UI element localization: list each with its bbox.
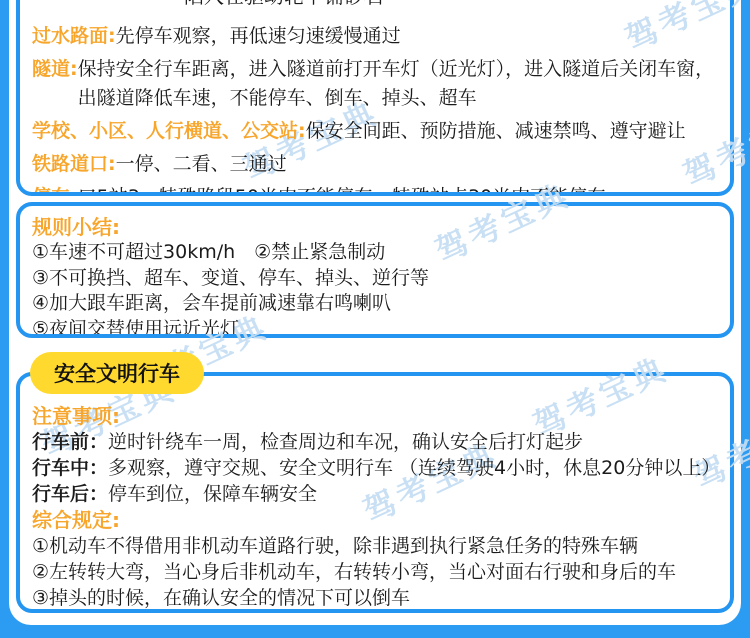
tip-label: 铁路道口: xyxy=(32,150,116,179)
road-conditions-card: 陷入在驱动轮下铺砂石 过水路面: 先停车观察，再低速匀速缓慢通过 隧道: 保持安… xyxy=(16,0,734,196)
tip-label: 过水路面: xyxy=(32,22,116,51)
general-rule-line: ③掉头的时候，在确认安全的情况下可以倒车 xyxy=(32,585,718,611)
tip-row-water: 过水路面: 先停车观察，再低速匀速缓慢通过 xyxy=(32,22,718,51)
note-after-driving: 行车后： 停车到位，保障车辆安全 xyxy=(32,481,718,507)
note-label: 行车后： xyxy=(32,481,108,507)
clipped-top-line: 陷入在驱动轮下铺砂石 xyxy=(184,0,718,11)
tip-text: 先停车观察，再低速匀速缓慢通过 xyxy=(116,22,718,51)
tip-label: 停车: xyxy=(32,183,78,196)
note-text: 多观察，遵守交规、安全文明行车 （连续驾驶4小时，休息20分钟以上） xyxy=(108,455,718,481)
note-before-driving: 行车前： 逆时针绕车一周，检查周边和车况，确认安全后打灯起步 xyxy=(32,429,718,455)
notes-title: 注意事项: xyxy=(32,403,718,429)
tip-row-tunnel: 隧道: 保持安全行车距离，进入隧道前打开车灯（近光灯），进入隧道后关闭车窗，出隧… xyxy=(32,55,718,113)
tip-row-railway: 铁路道口: 一停、二看、三通过 xyxy=(32,150,718,179)
note-label: 行车中： xyxy=(32,455,108,481)
tip-label: 学校、小区、人行横道、公交站: xyxy=(32,117,306,146)
driving-tips-page: { "watermark": { "text": "驾考宝典" }, "card… xyxy=(0,0,750,638)
general-rules-title: 综合规定: xyxy=(32,507,718,533)
general-rule-line: ②左转转大弯，当心身后非机动车，右转转小弯，当心对面右行驶和身后的车 xyxy=(32,559,718,585)
tip-text: 保持安全行车距离，进入隧道前打开车灯（近光灯），进入隧道后关闭车窗，出隧道降低车… xyxy=(78,55,718,113)
rule-line: ④加大跟车距离，会车提前减速靠右鸣喇叭 xyxy=(32,291,718,317)
rule-line: ⑤夜间交替使用远近光灯 xyxy=(32,317,718,339)
rule-line: ③不可换挡、超车、变道、停车、掉头、逆行等 xyxy=(32,266,718,292)
note-label: 行车前： xyxy=(32,429,108,455)
road-conditions-content: 陷入在驱动轮下铺砂石 过水路面: 先停车观察，再低速匀速缓慢通过 隧道: 保持安… xyxy=(20,0,730,196)
tip-label: 隧道: xyxy=(32,55,78,84)
tip-text: 口5站3，特殊路段50米内不能停车，特殊站点30米内不能停车 xyxy=(78,183,718,196)
rules-summary-title: 规则小结: xyxy=(32,215,718,240)
rule-line: ①车速不可超过30km/h ②禁止紧急制动 xyxy=(32,240,718,266)
rules-summary-content: 规则小结: ①车速不可超过30km/h ②禁止紧急制动 ③不可换挡、超车、变道、… xyxy=(20,206,730,338)
note-while-driving: 行车中： 多观察，遵守交规、安全文明行车 （连续驾驶4小时，休息20分钟以上） xyxy=(32,455,718,481)
safe-driving-badge: 安全文明行车 xyxy=(30,352,204,394)
note-text: 停车到位，保障车辆安全 xyxy=(108,481,317,507)
tip-row-school: 学校、小区、人行横道、公交站: 保安全间距、预防措施、减速禁鸣、遵守避让 xyxy=(32,117,718,146)
safe-driving-content: 注意事项: 行车前： 逆时针绕车一周，检查周边和车况，确认安全后打灯起步 行车中… xyxy=(20,376,730,611)
tip-text: 保安全间距、预防措施、减速禁鸣、遵守避让 xyxy=(306,117,718,146)
note-text: 逆时针绕车一周，检查周边和车况，确认安全后打灯起步 xyxy=(108,429,583,455)
tip-text: 一停、二看、三通过 xyxy=(116,150,718,179)
tip-row-parking: 停车: 口5站3，特殊路段50米内不能停车，特殊站点30米内不能停车 xyxy=(32,183,718,196)
general-rule-line: ①机动车不得借用非机动车道路行驶，除非遇到执行紧急任务的特殊车辆 xyxy=(32,533,718,559)
rules-summary-card: 规则小结: ①车速不可超过30km/h ②禁止紧急制动 ③不可换挡、超车、变道、… xyxy=(16,202,734,338)
safe-driving-card: 注意事项: 行车前： 逆时针绕车一周，检查周边和车况，确认安全后打灯起步 行车中… xyxy=(16,372,734,613)
